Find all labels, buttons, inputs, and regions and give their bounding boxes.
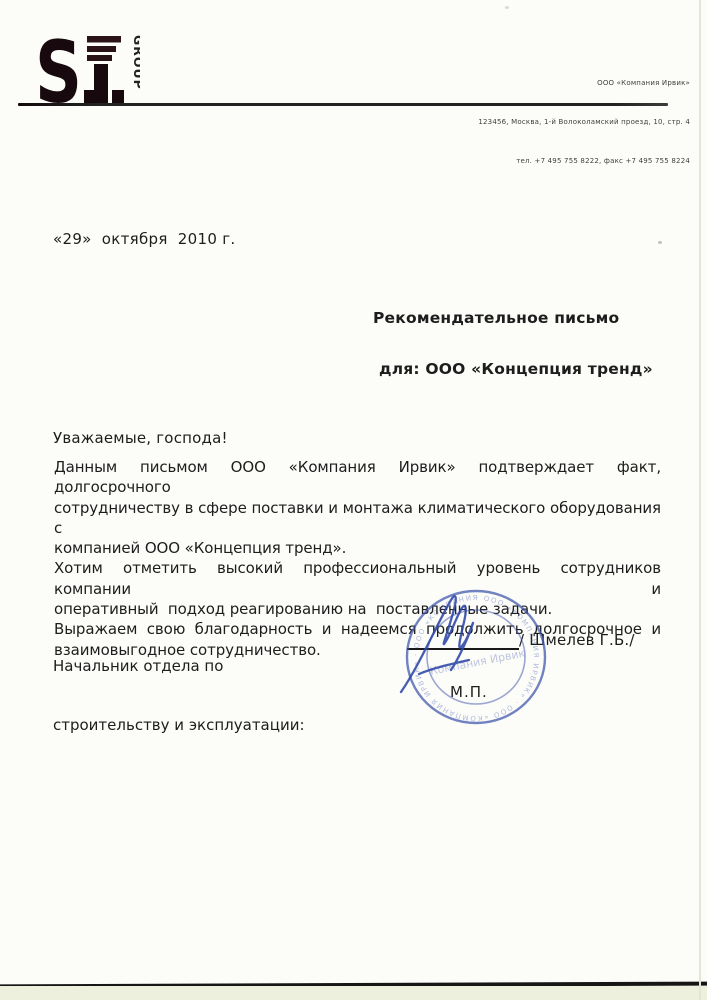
- letter-title-line2: для: ООО «Концепция тренд»: [373, 361, 653, 378]
- signer-role-line2: строительству и эксплуатации:: [53, 716, 305, 736]
- si-group-logo: S GROUP: [35, 24, 140, 110]
- letter-title-line1: Рекомендательное письмо: [373, 310, 653, 327]
- signature-line: [407, 648, 519, 650]
- logo-letter-s: S: [35, 24, 82, 110]
- scan-bottom-strip: [0, 986, 707, 1000]
- signer-name: / Шмелев Г.Б./: [519, 631, 635, 649]
- body-line: Хотим отметить высокий профессиональный …: [54, 558, 661, 599]
- letter-title: Рекомендательное письмо для: ООО «Концеп…: [373, 276, 653, 412]
- body-line: сотрудничеству в сфере поставки и монтаж…: [54, 498, 661, 539]
- scan-edge-line: [699, 0, 701, 1000]
- header-divider: [18, 103, 668, 106]
- body-line: Данным письмом ООО «Компания Ирвик» подт…: [54, 457, 661, 498]
- logo-bar-1: [87, 36, 121, 43]
- seal-placeholder-label: М.П.: [450, 683, 488, 701]
- signer-role: Начальник отдела по строительству и эксп…: [53, 618, 305, 774]
- body-line: компанией ООО «Концепция тренд».: [54, 538, 661, 558]
- scan-speck: [658, 241, 662, 244]
- company-phone-line: тел. +7 495 755 8222, факс +7 495 755 82…: [478, 155, 690, 168]
- company-address-line: 123456, Москва, 1-й Волоколамский проезд…: [478, 116, 690, 129]
- salutation: Уважаемые, господа!: [53, 429, 228, 447]
- letter-page: S GROUP ООО «Компания Ирвик» 123456, Мос…: [0, 0, 707, 1000]
- company-contact-block: ООО «Компания Ирвик» 123456, Москва, 1-й…: [478, 51, 690, 194]
- company-name-line: ООО «Компания Ирвик»: [478, 77, 690, 90]
- body-line: оперативный подход реагированию на поста…: [54, 599, 661, 619]
- logo-dot-2: [112, 90, 124, 103]
- logo-group-label: GROUP: [131, 35, 140, 90]
- logo-bar-2: [87, 46, 116, 52]
- letter-date: «29» октября 2010 г.: [53, 230, 236, 248]
- signer-role-line1: Начальник отдела по: [53, 657, 305, 677]
- logo-stem: [94, 64, 108, 103]
- scan-speck: [505, 6, 509, 9]
- logo-bar-3: [87, 55, 112, 61]
